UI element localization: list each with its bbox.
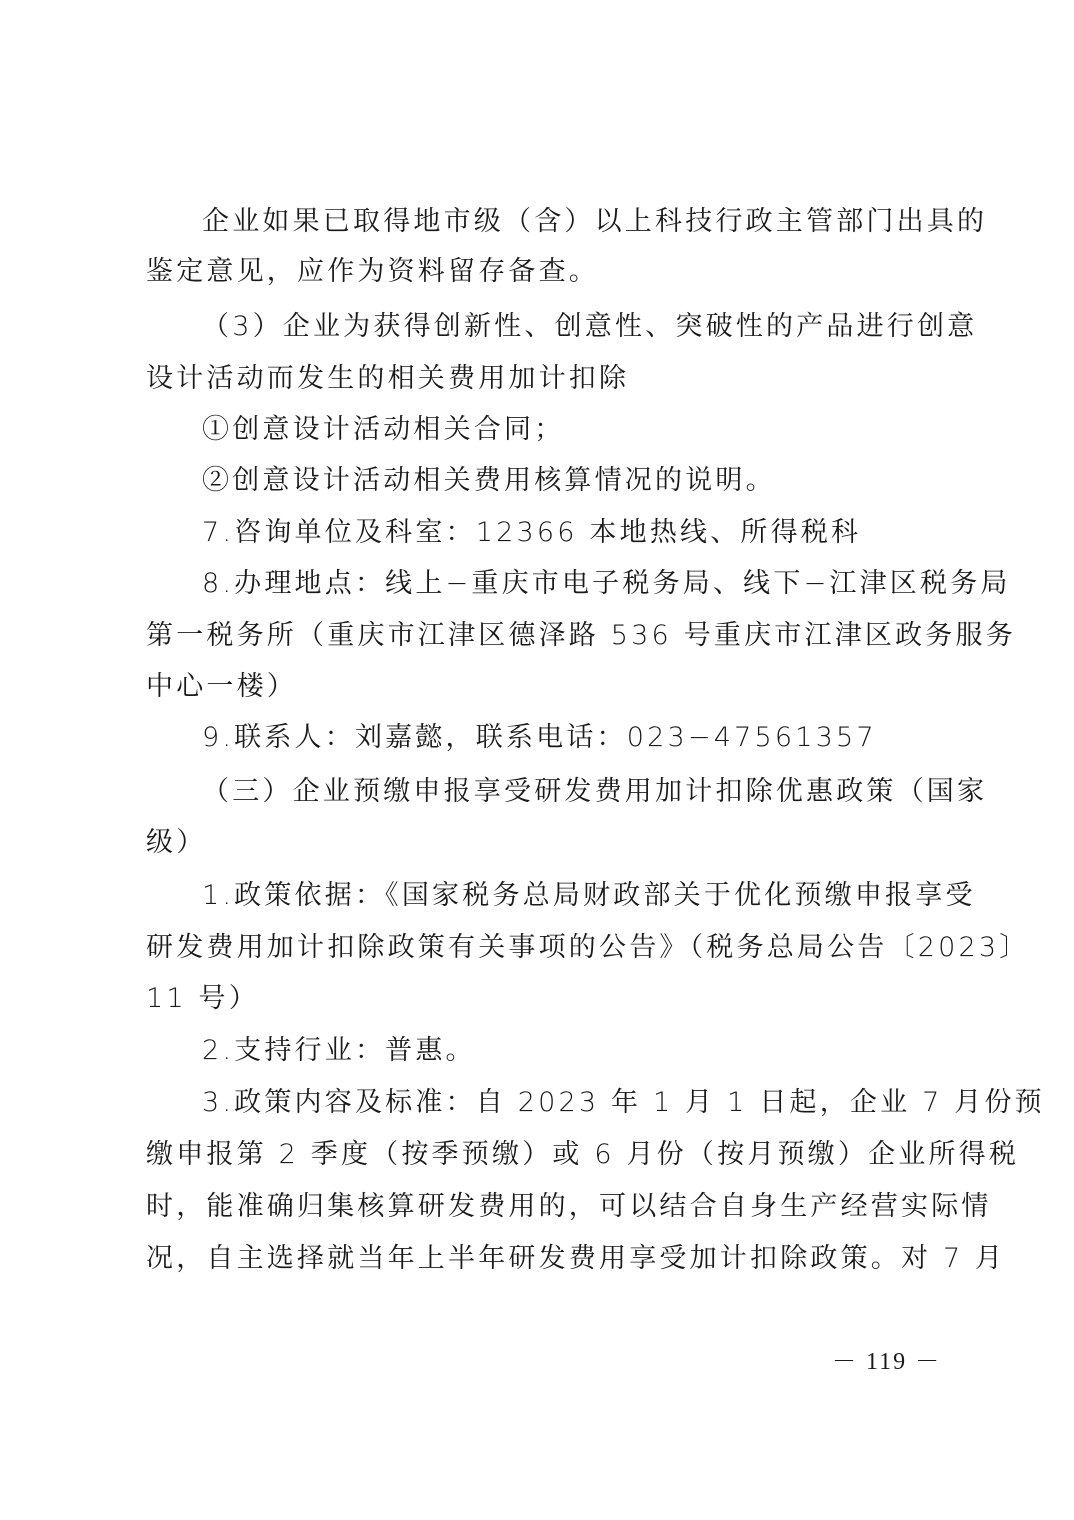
paragraph-line: 况，自主选择就当年上半年研发费用享受加计扣除政策。对 7 月 — [146, 1243, 946, 1275]
document-page: 企业如果已取得地市级（含）以上科技行政主管部门出具的 鉴定意见，应作为资料留存备… — [0, 0, 1074, 1520]
paragraph-line: （3）企业为获得创新性、创意性、突破性的产品进行创意 — [202, 311, 1002, 343]
paragraph-line: 缴申报第 2 季度（按季预缴）或 6 月份（按月预缴）企业所得税 — [146, 1139, 946, 1171]
paragraph-line: 8.办理地点：线上−重庆市电子税务局、线下−江津区税务局 — [202, 568, 1002, 600]
paragraph-line: 鉴定意见，应作为资料留存备查。 — [146, 256, 946, 288]
list-item: ②创意设计活动相关费用核算情况的说明。 — [202, 465, 1002, 497]
paragraph-line: 9.联系人：刘嘉懿，联系电话：023−47561357 — [202, 722, 1002, 754]
paragraph-line: 中心一楼） — [146, 671, 946, 703]
page-number: － 119 － — [832, 1348, 941, 1376]
paragraph-line: 3.政策内容及标准：自 2023 年 1 月 1 日起，企业 7 月份预 — [202, 1087, 1002, 1119]
paragraph-line: 7.咨询单位及科室：12366 本地热线、所得税科 — [202, 517, 1002, 549]
list-item: ①创意设计活动相关合同； — [202, 414, 1002, 446]
paragraph-line: 2.支持行业：普惠。 — [202, 1035, 1002, 1067]
section-heading: 级） — [146, 827, 946, 859]
paragraph-line: 1.政策依据：《国家税务总局财政部关于优化预缴申报享受 — [202, 880, 1002, 912]
paragraph-line: 时，能准确归集核算研发费用的，可以结合自身生产经营实际情 — [146, 1191, 946, 1223]
paragraph-line: 设计活动而发生的相关费用加计扣除 — [146, 363, 946, 395]
paragraph-line: 11 号） — [146, 983, 946, 1015]
section-heading: （三）企业预缴申报享受研发费用加计扣除优惠政策（国家 — [202, 776, 1002, 808]
paragraph-line: 企业如果已取得地市级（含）以上科技行政主管部门出具的 — [202, 206, 1002, 238]
paragraph-line: 研发费用加计扣除政策有关事项的公告》（税务总局公告〔2023〕 — [146, 932, 946, 964]
paragraph-line: 第一税务所（重庆市江津区德泽路 536 号重庆市江津区政务服务 — [146, 620, 946, 652]
